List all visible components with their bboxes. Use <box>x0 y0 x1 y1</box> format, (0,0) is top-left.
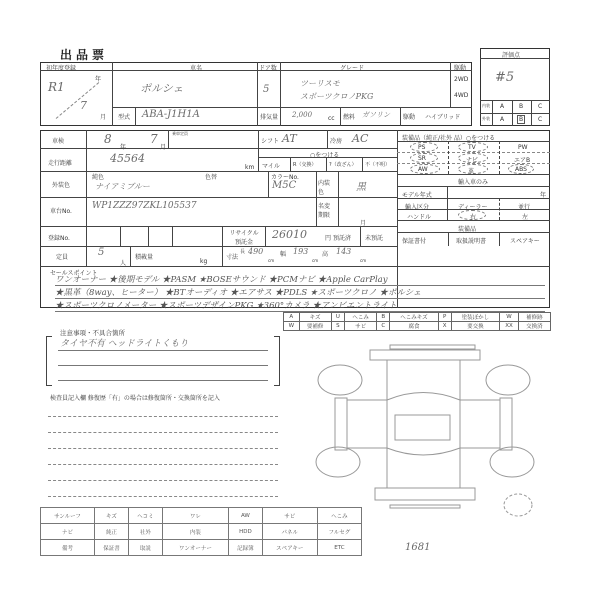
equipment-ps[interactable]: PS <box>418 144 425 151</box>
length-value: 490 <box>248 247 263 256</box>
equipment-pw[interactable]: PW <box>518 144 528 151</box>
capacity-value: 5 <box>98 247 104 258</box>
exterior-color-value: ナイアミブルー <box>95 181 150 192</box>
mileage-option-unknown[interactable]: 不（不明） <box>365 161 390 168</box>
first-registration-year: R1 <box>48 80 65 94</box>
score-box <box>480 48 550 126</box>
width-value: 193 <box>293 247 308 256</box>
shift-value: AT <box>282 132 297 145</box>
mileage-option-mile[interactable]: マイル <box>262 161 280 170</box>
car-name: ポルシェ <box>140 80 184 96</box>
notes-value: タイヤ不有 ヘッドライトくもり <box>60 336 188 349</box>
car-damage-diagram <box>290 340 560 540</box>
first-registration-month: 7 <box>80 99 87 112</box>
spare-key-item[interactable]: スペアキー <box>510 236 540 245</box>
condition-legend: Aキズ Uへこみ Bへこみキズ P塗装ぼかし W補修跡 W要補修 Sサビ C腐食… <box>283 312 551 331</box>
interior-color-value: 黒 <box>356 178 366 193</box>
equipment-airbag[interactable]: エアB <box>514 155 530 164</box>
mileage-value: 45564 <box>110 152 145 165</box>
drive-value: ハイブリッド <box>425 112 460 121</box>
equipment-tv[interactable]: TV <box>468 144 476 151</box>
chassis-no-value: WP1ZZZ97ZKL105537 <box>92 201 197 211</box>
grade-line1: ツーリスモ <box>300 78 340 89</box>
color-no-value: M5C <box>272 180 296 191</box>
sales-point-line-2: ★黒革（8way、ヒーター） ★BTオーディオ ★エアサス ★PDLS ★スポー… <box>55 286 545 299</box>
equipment-leather[interactable]: 革 <box>468 166 474 175</box>
inspection-month: 7 <box>150 132 158 146</box>
sales-point-line-3: ★スポーツクロノメーター ★スポーツデザインPKG ★360°カメラ ★アンビエ… <box>55 299 545 312</box>
equipment-navi[interactable]: ナビ <box>466 155 478 164</box>
sales-point-line-1: ワンオーナー ★後期モデル ★PASM ★BOSEサウンド ★PCMナビ ★Ap… <box>55 273 545 286</box>
manual-item[interactable]: 取扱説明書 <box>456 236 486 245</box>
inspection-year: 8 <box>104 132 112 146</box>
fuel-value: ガソリン <box>362 110 390 120</box>
equipment-aw[interactable]: AW <box>418 166 428 173</box>
exterior-grade-selected: B <box>517 115 525 124</box>
doors-value: 5 <box>263 84 269 95</box>
model-code: ABA-J1H1A <box>142 109 200 120</box>
height-value: 143 <box>336 247 351 256</box>
recycle-fee-value: 26010 <box>272 228 307 241</box>
equipment-abs[interactable]: ABS <box>515 166 527 173</box>
score-value: #5 <box>495 70 514 85</box>
sheet-title: 出品票 <box>60 46 108 63</box>
inspector-header: 検査員記入欄 修復歴「有」の場合は修復箇所・交換箇所を記入 <box>50 393 220 402</box>
import-only-header: 輸入車のみ <box>458 177 488 186</box>
mileage-option-tampered[interactable]: ?（改ざん） <box>329 161 357 168</box>
aircon-value: AC <box>352 132 368 145</box>
bottom-number: 1681 <box>405 542 430 553</box>
mileage-option-replaced[interactable]: R（交換） <box>293 161 316 168</box>
grade-line2: スポーツクロノPKG <box>300 91 373 102</box>
equipment-sr[interactable]: SR <box>418 155 426 162</box>
warranty-item[interactable]: 保証書付 <box>402 236 426 245</box>
displacement-value: 2,000 <box>292 111 312 119</box>
